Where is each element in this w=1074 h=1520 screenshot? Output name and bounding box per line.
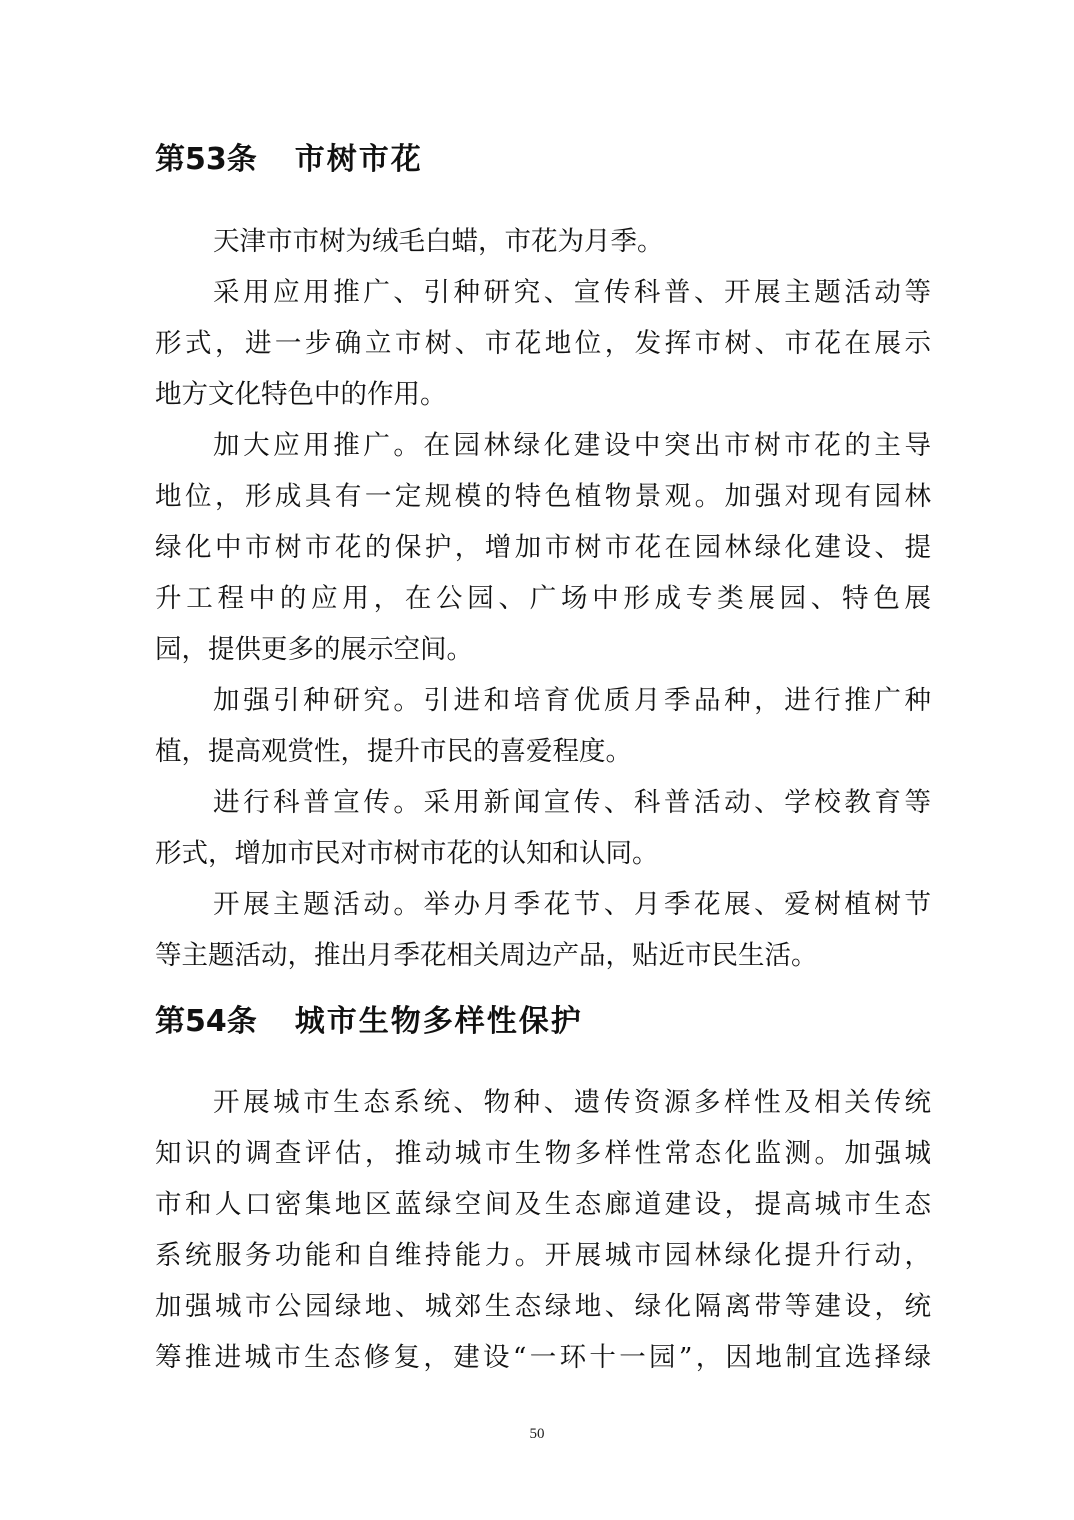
paragraph: 采用应用推广、引种研究、宣传科普、开展主题活动等 形式，进一步确立市树、市花地位… [155,267,931,420]
text-line: 市和人口密集地区蓝绿空间及生态廊道建设，提高城市生态 [155,1179,931,1230]
text-line: 系统服务功能和自维持能力。开展城市园林绿化提升行动， [155,1230,931,1281]
text-line: 加大应用推广。在园林绿化建设中突出市树市花的主导 [155,420,931,471]
paragraph: 进行科普宣传。采用新闻宣传、科普活动、学校教育等 形式，增加市民对市树市花的认知… [155,777,931,879]
paragraph: 加强引种研究。引进和培育优质月季品种，进行推广种 植，提高观赏性，提升市民的喜爱… [155,675,931,777]
section-number: 第54条 [155,1002,257,1042]
page-number: 50 [0,1426,1074,1443]
paragraph: 天津市市树为绒毛白蜡，市花为月季。 [155,216,931,267]
section-53-body: 天津市市树为绒毛白蜡，市花为月季。 采用应用推广、引种研究、宣传科普、开展主题活… [155,216,931,981]
text-line: 加强城市公园绿地、城郊生态绿地、绿化隔离带等建设，统 [155,1281,931,1332]
text-line: 地方文化特色中的作用。 [155,369,931,420]
paragraph: 开展主题活动。举办月季花节、月季花展、爱树植树节 等主题活动，推出月季花相关周边… [155,879,931,981]
section-number: 第53条 [155,140,257,180]
text-line: 天津市市树为绒毛白蜡，市花为月季。 [155,216,931,267]
text-line: 进行科普宣传。采用新闻宣传、科普活动、学校教育等 [155,777,931,828]
text-line: 形式，增加市民对市树市花的认知和认同。 [155,828,931,879]
text-line: 加强引种研究。引进和培育优质月季品种，进行推广种 [155,675,931,726]
text-line: 开展城市生态系统、物种、遗传资源多样性及相关传统 [155,1077,931,1128]
section-heading-53: 第53条市树市花 [155,140,423,180]
paragraph: 开展城市生态系统、物种、遗传资源多样性及相关传统 知识的调查评估，推动城市生物多… [155,1077,931,1383]
section-title: 城市生物多样性保护 [295,1002,583,1042]
section-heading-54: 第54条城市生物多样性保护 [155,1002,583,1042]
text-line: 等主题活动，推出月季花相关周边产品，贴近市民生活。 [155,930,931,981]
section-54-body: 开展城市生态系统、物种、遗传资源多样性及相关传统 知识的调查评估，推动城市生物多… [155,1077,931,1383]
text-line: 筹推进城市生态修复，建设“一环十一园”，因地制宜选择绿 [155,1332,931,1383]
text-line: 植，提高观赏性，提升市民的喜爱程度。 [155,726,931,777]
paragraph: 加大应用推广。在园林绿化建设中突出市树市花的主导 地位，形成具有一定规模的特色植… [155,420,931,675]
text-line: 绿化中市树市花的保护，增加市树市花在园林绿化建设、提 [155,522,931,573]
text-line: 园，提供更多的展示空间。 [155,624,931,675]
section-title: 市树市花 [295,140,423,180]
text-line: 升工程中的应用，在公园、广场中形成专类展园、特色展 [155,573,931,624]
text-line: 形式，进一步确立市树、市花地位，发挥市树、市花在展示 [155,318,931,369]
text-line: 开展主题活动。举办月季花节、月季花展、爱树植树节 [155,879,931,930]
text-line: 地位，形成具有一定规模的特色植物景观。加强对现有园林 [155,471,931,522]
text-line: 采用应用推广、引种研究、宣传科普、开展主题活动等 [155,267,931,318]
text-line: 知识的调查评估，推动城市生物多样性常态化监测。加强城 [155,1128,931,1179]
